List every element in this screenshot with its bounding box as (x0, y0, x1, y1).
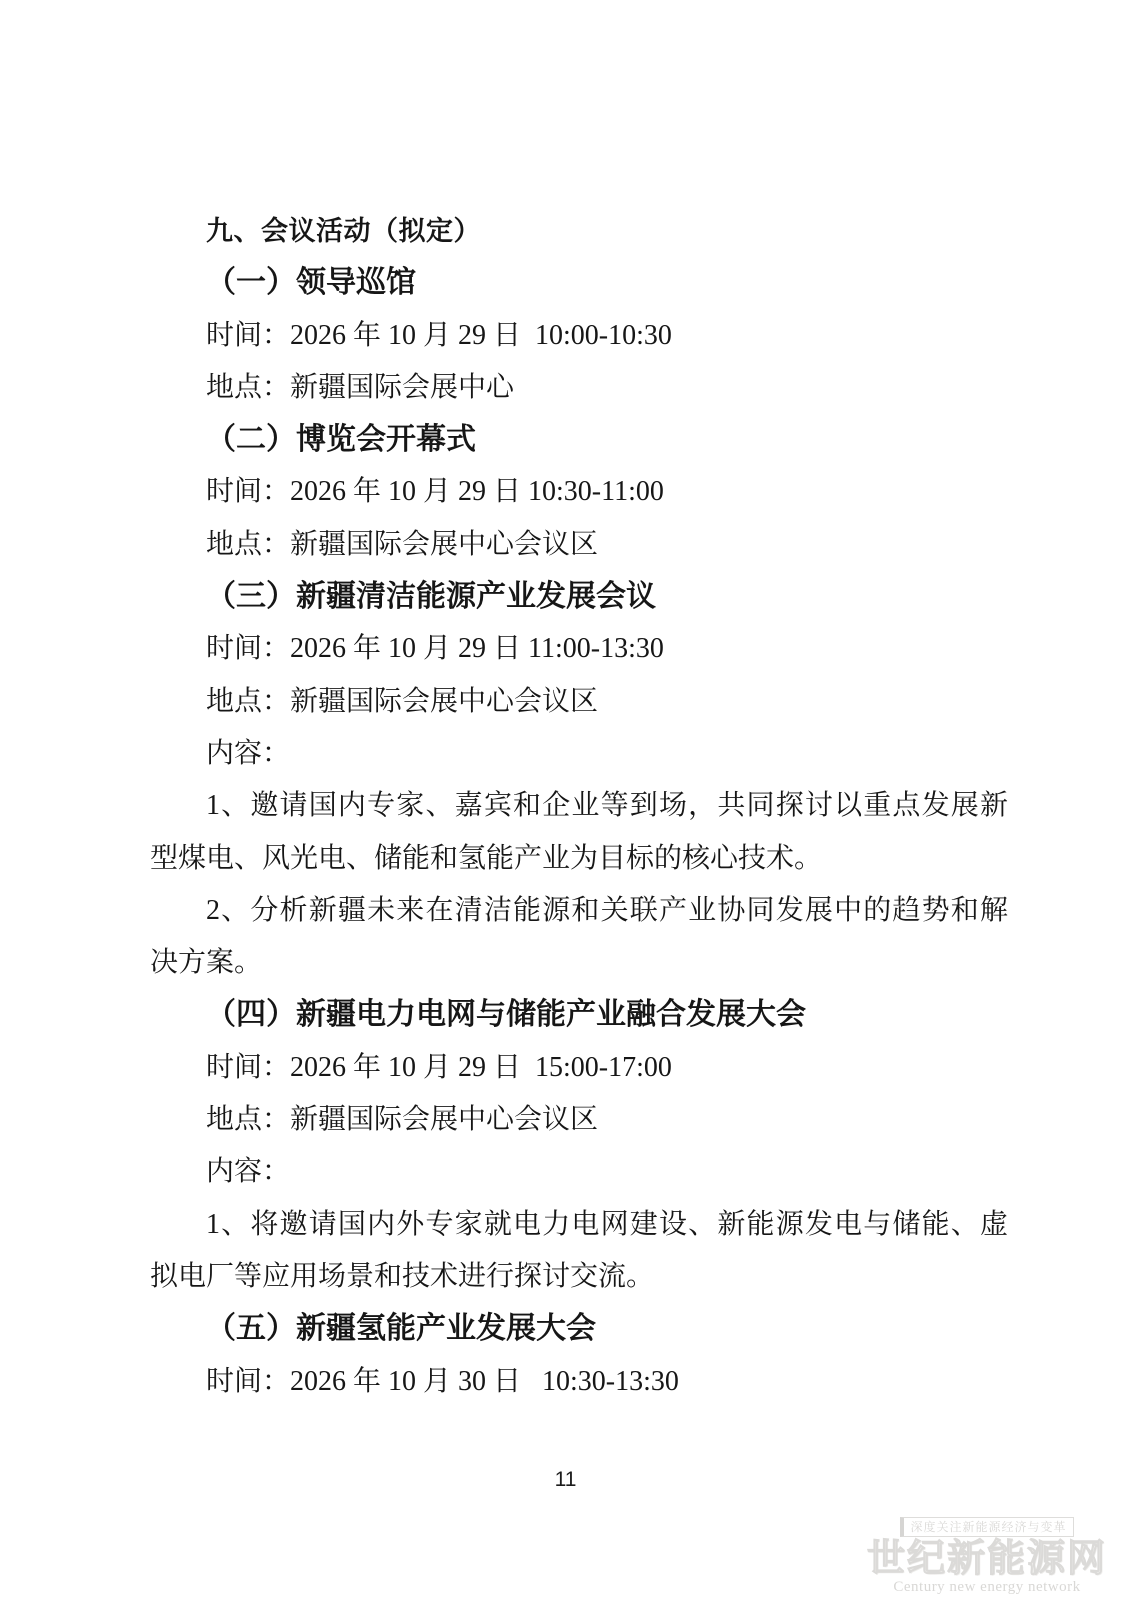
event-3-paragraph-1-line-2: 型煤电、风光电、储能和氢能产业为目标的核心技术。 (150, 833, 1008, 885)
event-3-paragraph-2-line-1: 2、分析新疆未来在清洁能源和关联产业协同发展中的趋势和解 (150, 885, 1008, 937)
event-2-title: （二）博览会开幕式 (150, 414, 1008, 466)
watermark-slogan-row: 深度关注新能源经济与变革 (855, 1517, 1119, 1537)
section-heading: 九、会议活动（拟定） (150, 205, 1008, 257)
event-4-paragraph-1-line-2: 拟电厂等应用场景和技术进行探讨交流。 (150, 1251, 1008, 1303)
watermark-subtitle: Century new energy network (855, 1579, 1119, 1596)
event-1-title: （一）领导巡馆 (150, 257, 1008, 309)
event-3-paragraph-2-line-2: 决方案。 (150, 937, 1008, 989)
event-4-title: （四）新疆电力电网与储能产业融合发展大会 (150, 989, 1008, 1041)
event-1-location: 地点：新疆国际会展中心 (150, 362, 1008, 414)
event-3-paragraph-1-line-1: 1、邀请国内专家、嘉宾和企业等到场，共同探讨以重点发展新 (150, 780, 1008, 832)
watermark-logo: 深度关注新能源经济与变革 世纪新能源网 Century new energy n… (855, 1517, 1119, 1596)
event-3-location: 地点：新疆国际会展中心会议区 (150, 676, 1008, 728)
event-4-content-label: 内容： (150, 1146, 1008, 1198)
event-3-content-label: 内容： (150, 728, 1008, 780)
event-3-time: 时间：2026 年 10 月 29 日 11:00-13:30 (150, 623, 1008, 675)
page-number: 11 (0, 1468, 1131, 1492)
document-page: 九、会议活动（拟定） （一）领导巡馆 时间：2026 年 10 月 29 日 1… (0, 0, 1131, 1600)
watermark-slogan: 深度关注新能源经济与变革 (900, 1517, 1073, 1537)
event-2-time: 时间：2026 年 10 月 29 日 10:30-11:00 (150, 466, 1008, 518)
event-1-time: 时间：2026 年 10 月 29 日 10:00-10:30 (150, 310, 1008, 362)
document-body: 九、会议活动（拟定） （一）领导巡馆 时间：2026 年 10 月 29 日 1… (150, 205, 1008, 1408)
event-3-title: （三）新疆清洁能源产业发展会议 (150, 571, 1008, 623)
event-4-location: 地点：新疆国际会展中心会议区 (150, 1094, 1008, 1146)
watermark-title: 世纪新能源网 (855, 1539, 1119, 1579)
event-4-paragraph-1-line-1: 1、将邀请国内外专家就电力电网建设、新能源发电与储能、虚 (150, 1199, 1008, 1251)
event-2-location: 地点：新疆国际会展中心会议区 (150, 519, 1008, 571)
event-5-title: （五）新疆氢能产业发展大会 (150, 1303, 1008, 1355)
event-5-time: 时间：2026 年 10 月 30 日 10:30-13:30 (150, 1356, 1008, 1408)
event-4-time: 时间：2026 年 10 月 29 日 15:00-17:00 (150, 1042, 1008, 1094)
